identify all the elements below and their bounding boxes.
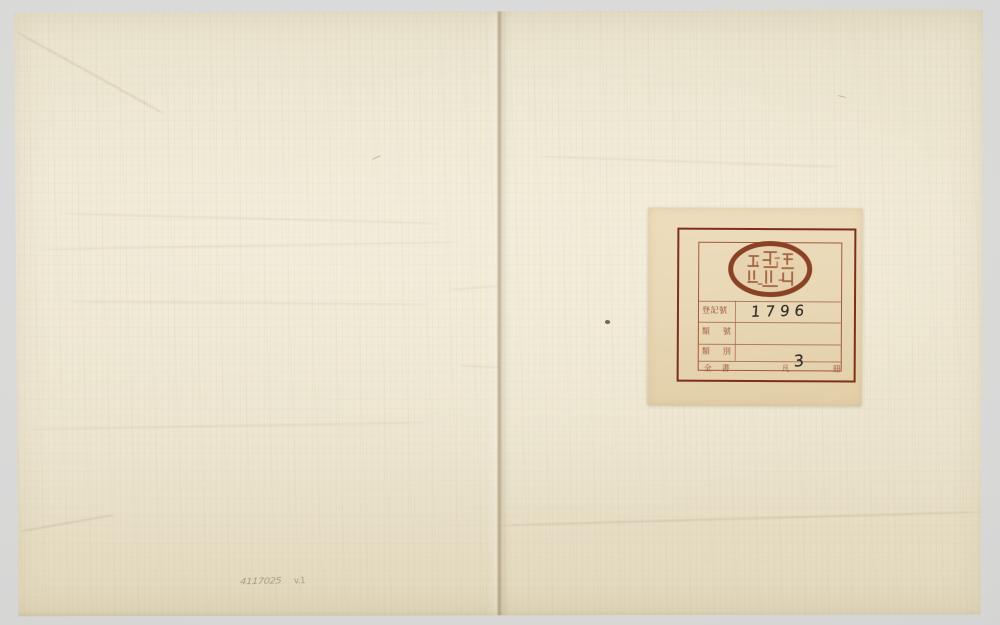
book-cover-spread: 4117025 v.1 <box>0 0 1000 625</box>
photo-background: 4117025 v.1 <box>0 0 1000 625</box>
paper-edge-shading <box>0 0 1000 625</box>
